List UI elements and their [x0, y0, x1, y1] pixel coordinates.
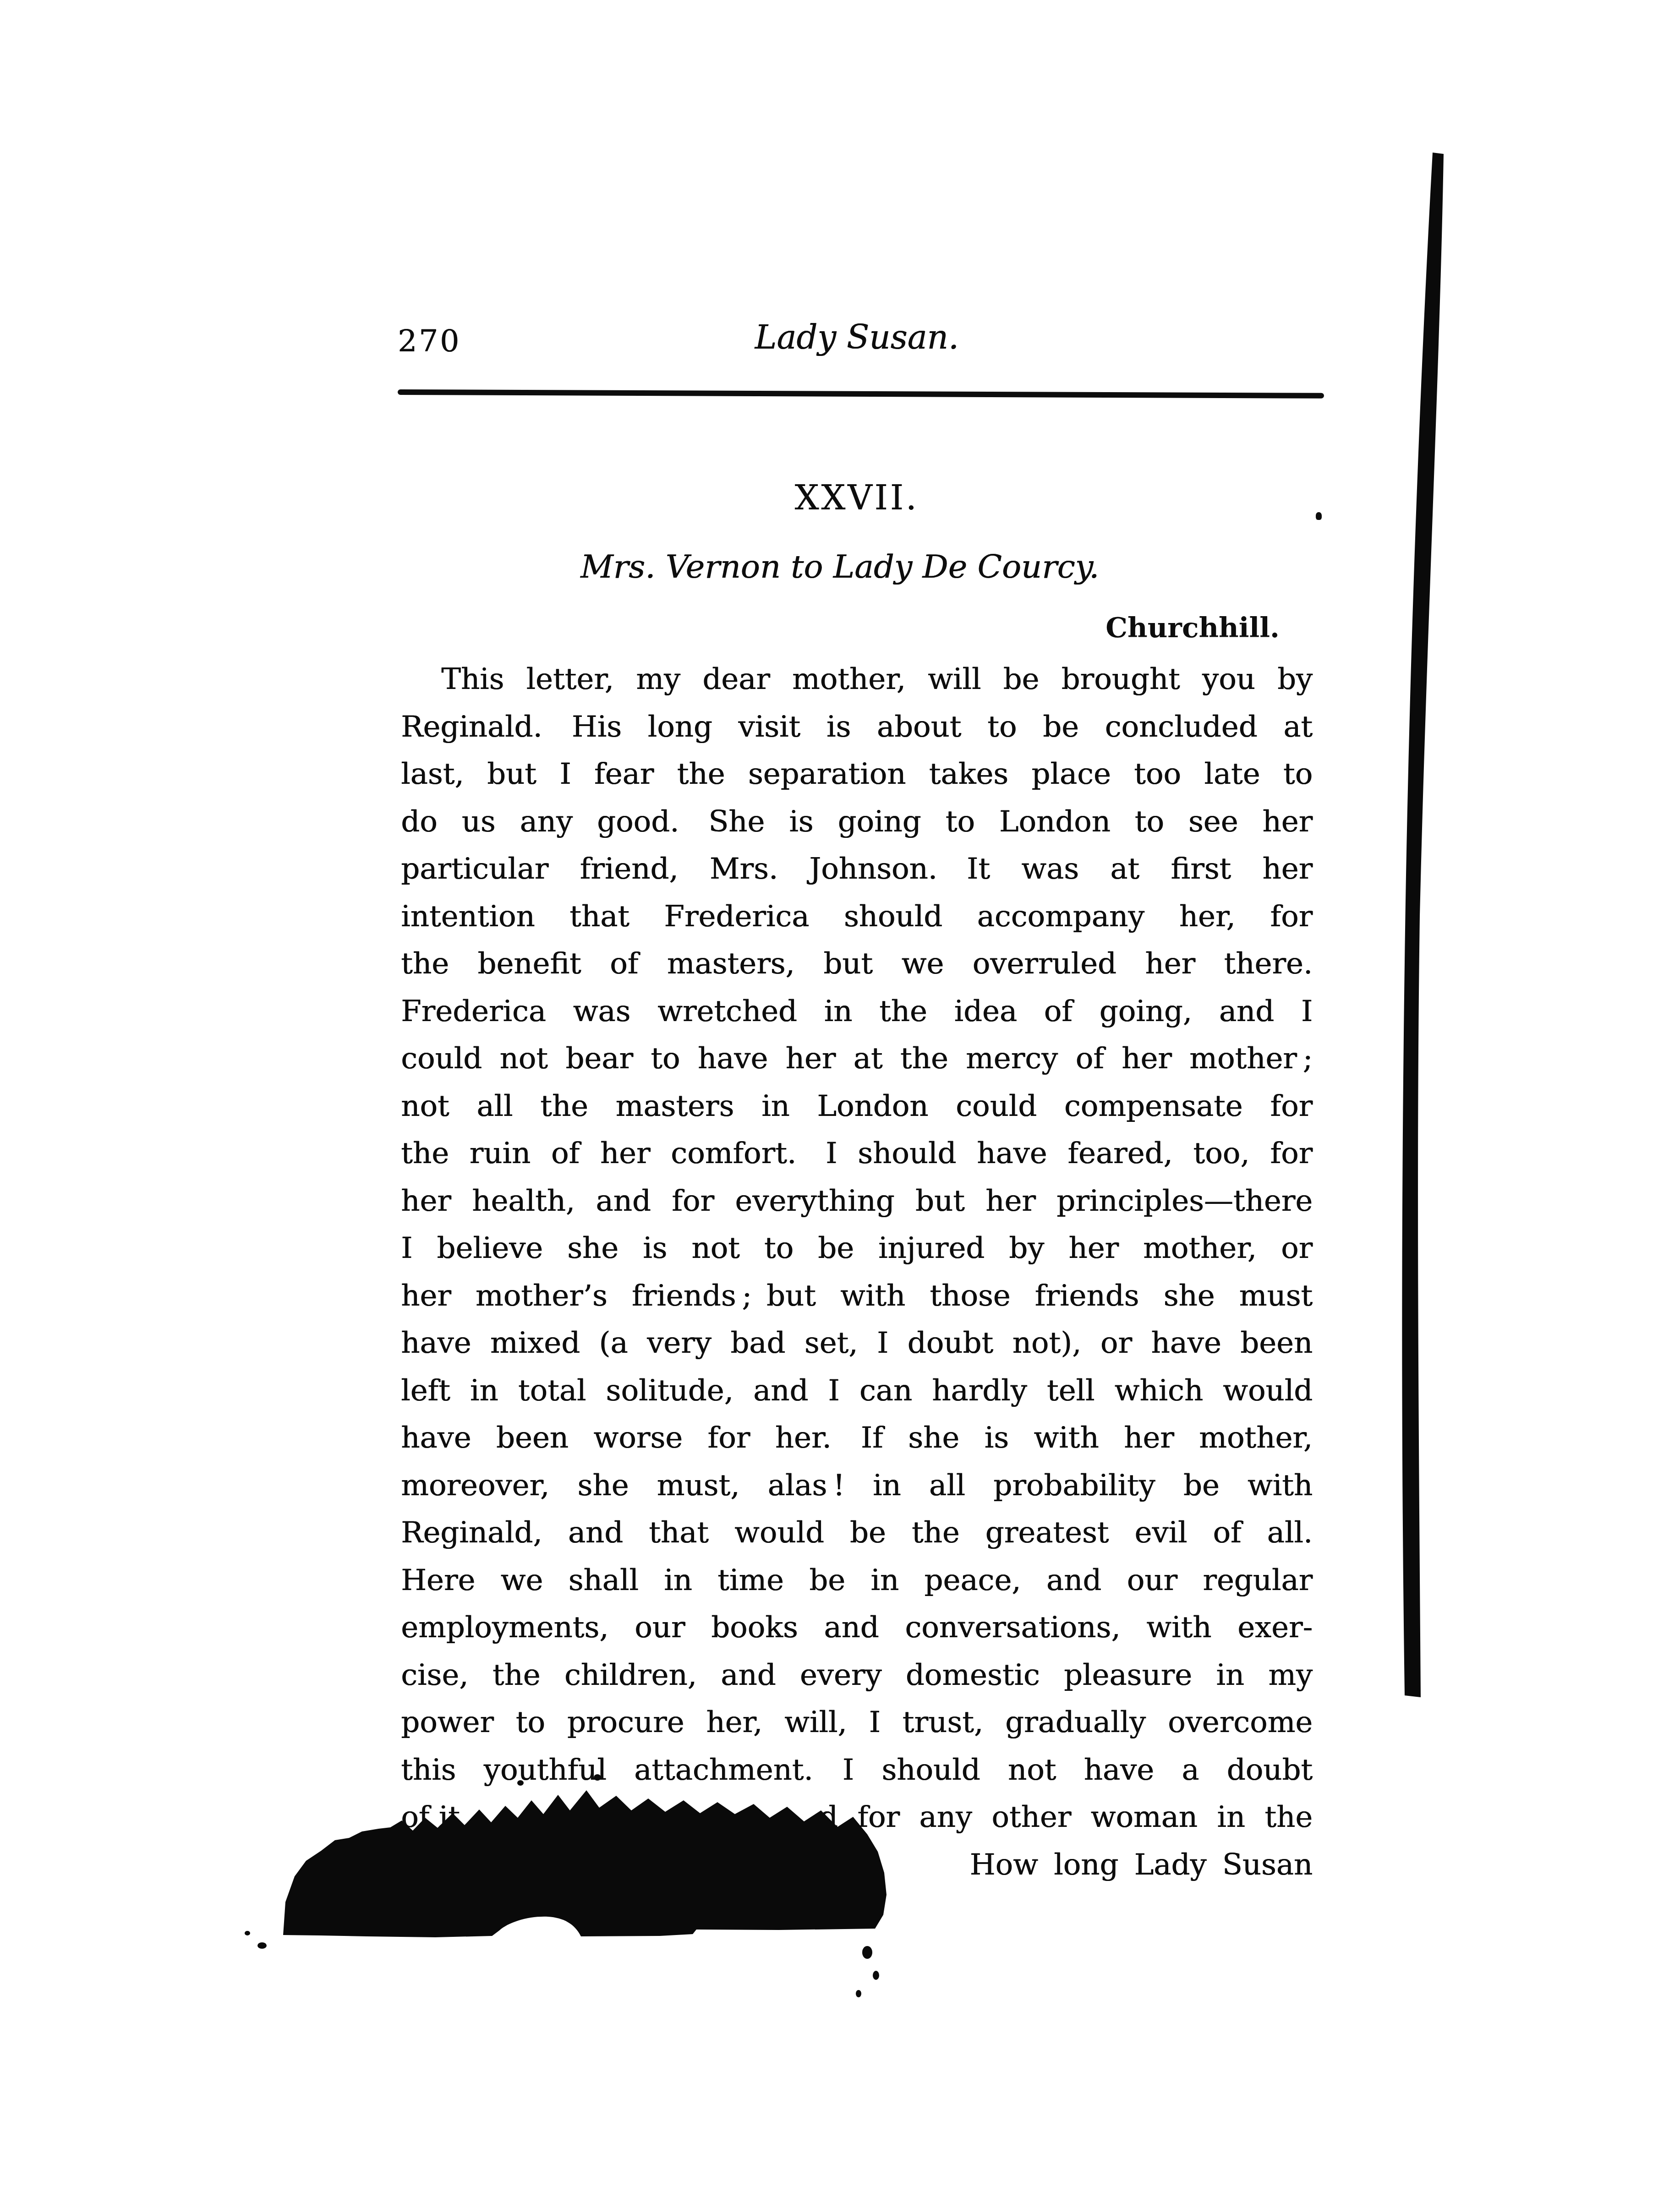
text-line: her health, and for everything but her p… [401, 1178, 1313, 1225]
text-line: last, but I fear the separation takes pl… [401, 751, 1313, 798]
text-line: I believe she is not to be injured by he… [401, 1225, 1313, 1273]
text-line: Reginald, and that would be the greatest… [401, 1509, 1313, 1557]
text-line: employments, our books and conversations… [401, 1604, 1313, 1652]
dateline: Churchhill. [401, 612, 1280, 644]
text-line: do us any good. She is going to London t… [401, 798, 1313, 846]
text-fragment: of it [401, 1794, 460, 1842]
text-line: Reginald. His long visit is about to be … [401, 704, 1313, 751]
ink-speck [1316, 512, 1322, 520]
text-line: the benefit of masters, but we overruled… [401, 940, 1313, 988]
letter-heading: Mrs. Vernon to Lady De Courcy. [401, 548, 1313, 585]
running-title: Lady Susan. [401, 318, 1313, 356]
text-fragment: d for any other woman in the [819, 1794, 1313, 1842]
text-line: particular friend, Mrs. Johnson. It was … [401, 846, 1313, 893]
text-line: not all the masters in London could comp… [401, 1083, 1313, 1131]
text-line: this youthful attachment. I should not h… [401, 1747, 1313, 1794]
text-line: power to procure her, will, I trust, gra… [401, 1699, 1313, 1747]
text-line: cise, the children, and every domestic p… [401, 1652, 1313, 1700]
text-line: have been worse for her. If she is with … [401, 1415, 1313, 1462]
letter-body: This letter, my dear mother, will be bro… [401, 656, 1313, 1889]
text-line: moreover, she must, alas ! in all probab… [401, 1462, 1313, 1510]
text-line: could not bear to have her at the mercy … [401, 1035, 1313, 1083]
text-line: the ruin of her comfort. I should have f… [401, 1130, 1313, 1178]
text-line: her mother’s friends ; but with those fr… [401, 1273, 1313, 1320]
chapter-heading: XXVII. [401, 478, 1313, 518]
text-line: Here we shall in time be in peace, and o… [401, 1557, 1313, 1605]
text-line: left in total solitude, and I can hardly… [401, 1367, 1313, 1415]
text-line: This letter, my dear mother, will be bro… [401, 656, 1313, 704]
header-rule [398, 389, 1324, 399]
text-line: Frederica was wretched in the idea of go… [401, 988, 1313, 1036]
text-line: have mixed (a very bad set, I doubt not)… [401, 1320, 1313, 1367]
obscured-text-line: of it d for any other woman in the [401, 1794, 1313, 1842]
text-line: How long Lady Susan [401, 1842, 1313, 1889]
text-line: intention that Frederica should accompan… [401, 893, 1313, 941]
scanned-book-page: 270 Lady Susan. XXVII. Mrs. Vernon to La… [0, 0, 1680, 2203]
